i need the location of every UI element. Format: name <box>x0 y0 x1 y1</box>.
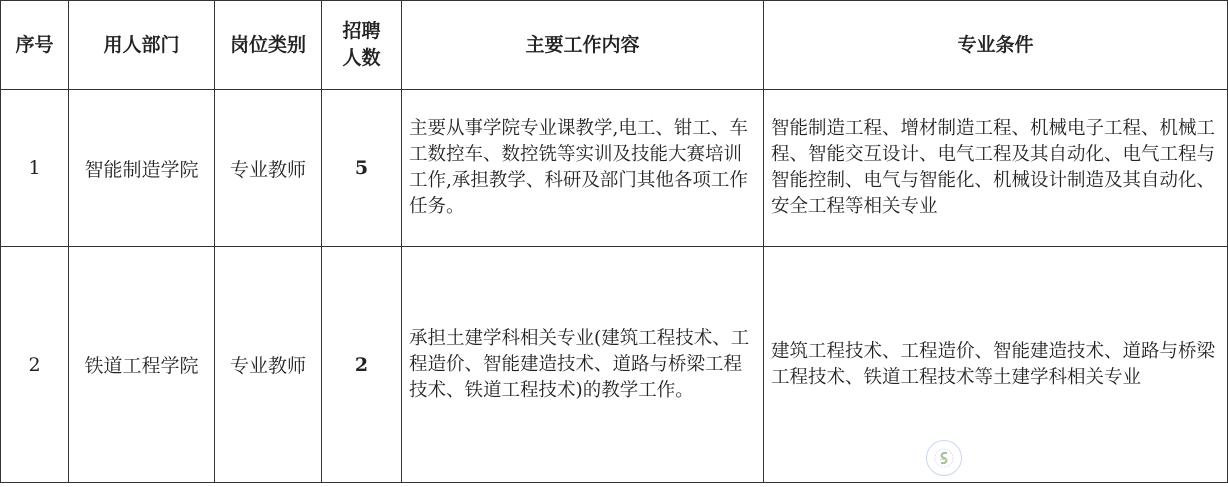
header-index: 序号 <box>1 1 69 90</box>
table-row: 1 智能制造学院 专业教师 5 主要从事学院专业课教学,电工、钳工、车工数控车、… <box>1 90 1228 247</box>
header-hire-count: 招聘 人数 <box>322 1 402 90</box>
cell-hire-count: 2 <box>322 247 402 483</box>
header-row: 序号 用人部门 岗位类别 招聘 人数 主要工作内容 专业条件 <box>1 1 1228 90</box>
cell-position-type: 专业教师 <box>215 90 322 247</box>
cell-requirements: 智能制造工程、增材制造工程、机械电子工程、机械工程、智能交互设计、电气工程及其自… <box>764 90 1228 247</box>
cell-department: 铁道工程学院 <box>69 247 215 483</box>
cell-duties: 承担土建学科相关专业(建筑工程技术、工程造价、智能建造技术、道路与桥梁工程技术、… <box>402 247 764 483</box>
cell-duties: 主要从事学院专业课教学,电工、钳工、车工数控车、数控铣等实训及技能大赛培训工作,… <box>402 90 764 247</box>
cell-position-type: 专业教师 <box>215 247 322 483</box>
header-duties: 主要工作内容 <box>402 1 764 90</box>
header-hire-count-line1: 招聘 <box>322 18 401 45</box>
school-seal-icon <box>926 440 962 476</box>
header-department: 用人部门 <box>69 1 215 90</box>
cell-requirements: 建筑工程技术、工程造价、智能建造技术、道路与桥梁工程技术、铁道工程技术等土建学科… <box>764 247 1228 483</box>
header-position-type: 岗位类别 <box>215 1 322 90</box>
cell-hire-count: 5 <box>322 90 402 247</box>
cell-index: 1 <box>1 90 69 247</box>
header-requirements: 专业条件 <box>764 1 1228 90</box>
recruitment-table: 序号 用人部门 岗位类别 招聘 人数 主要工作内容 专业条件 1 智能制造学院 … <box>0 0 1228 483</box>
header-hire-count-line2: 人数 <box>322 45 401 72</box>
cell-department: 智能制造学院 <box>69 90 215 247</box>
cell-index: 2 <box>1 247 69 483</box>
table-row: 2 铁道工程学院 专业教师 2 承担土建学科相关专业(建筑工程技术、工程造价、智… <box>1 247 1228 483</box>
